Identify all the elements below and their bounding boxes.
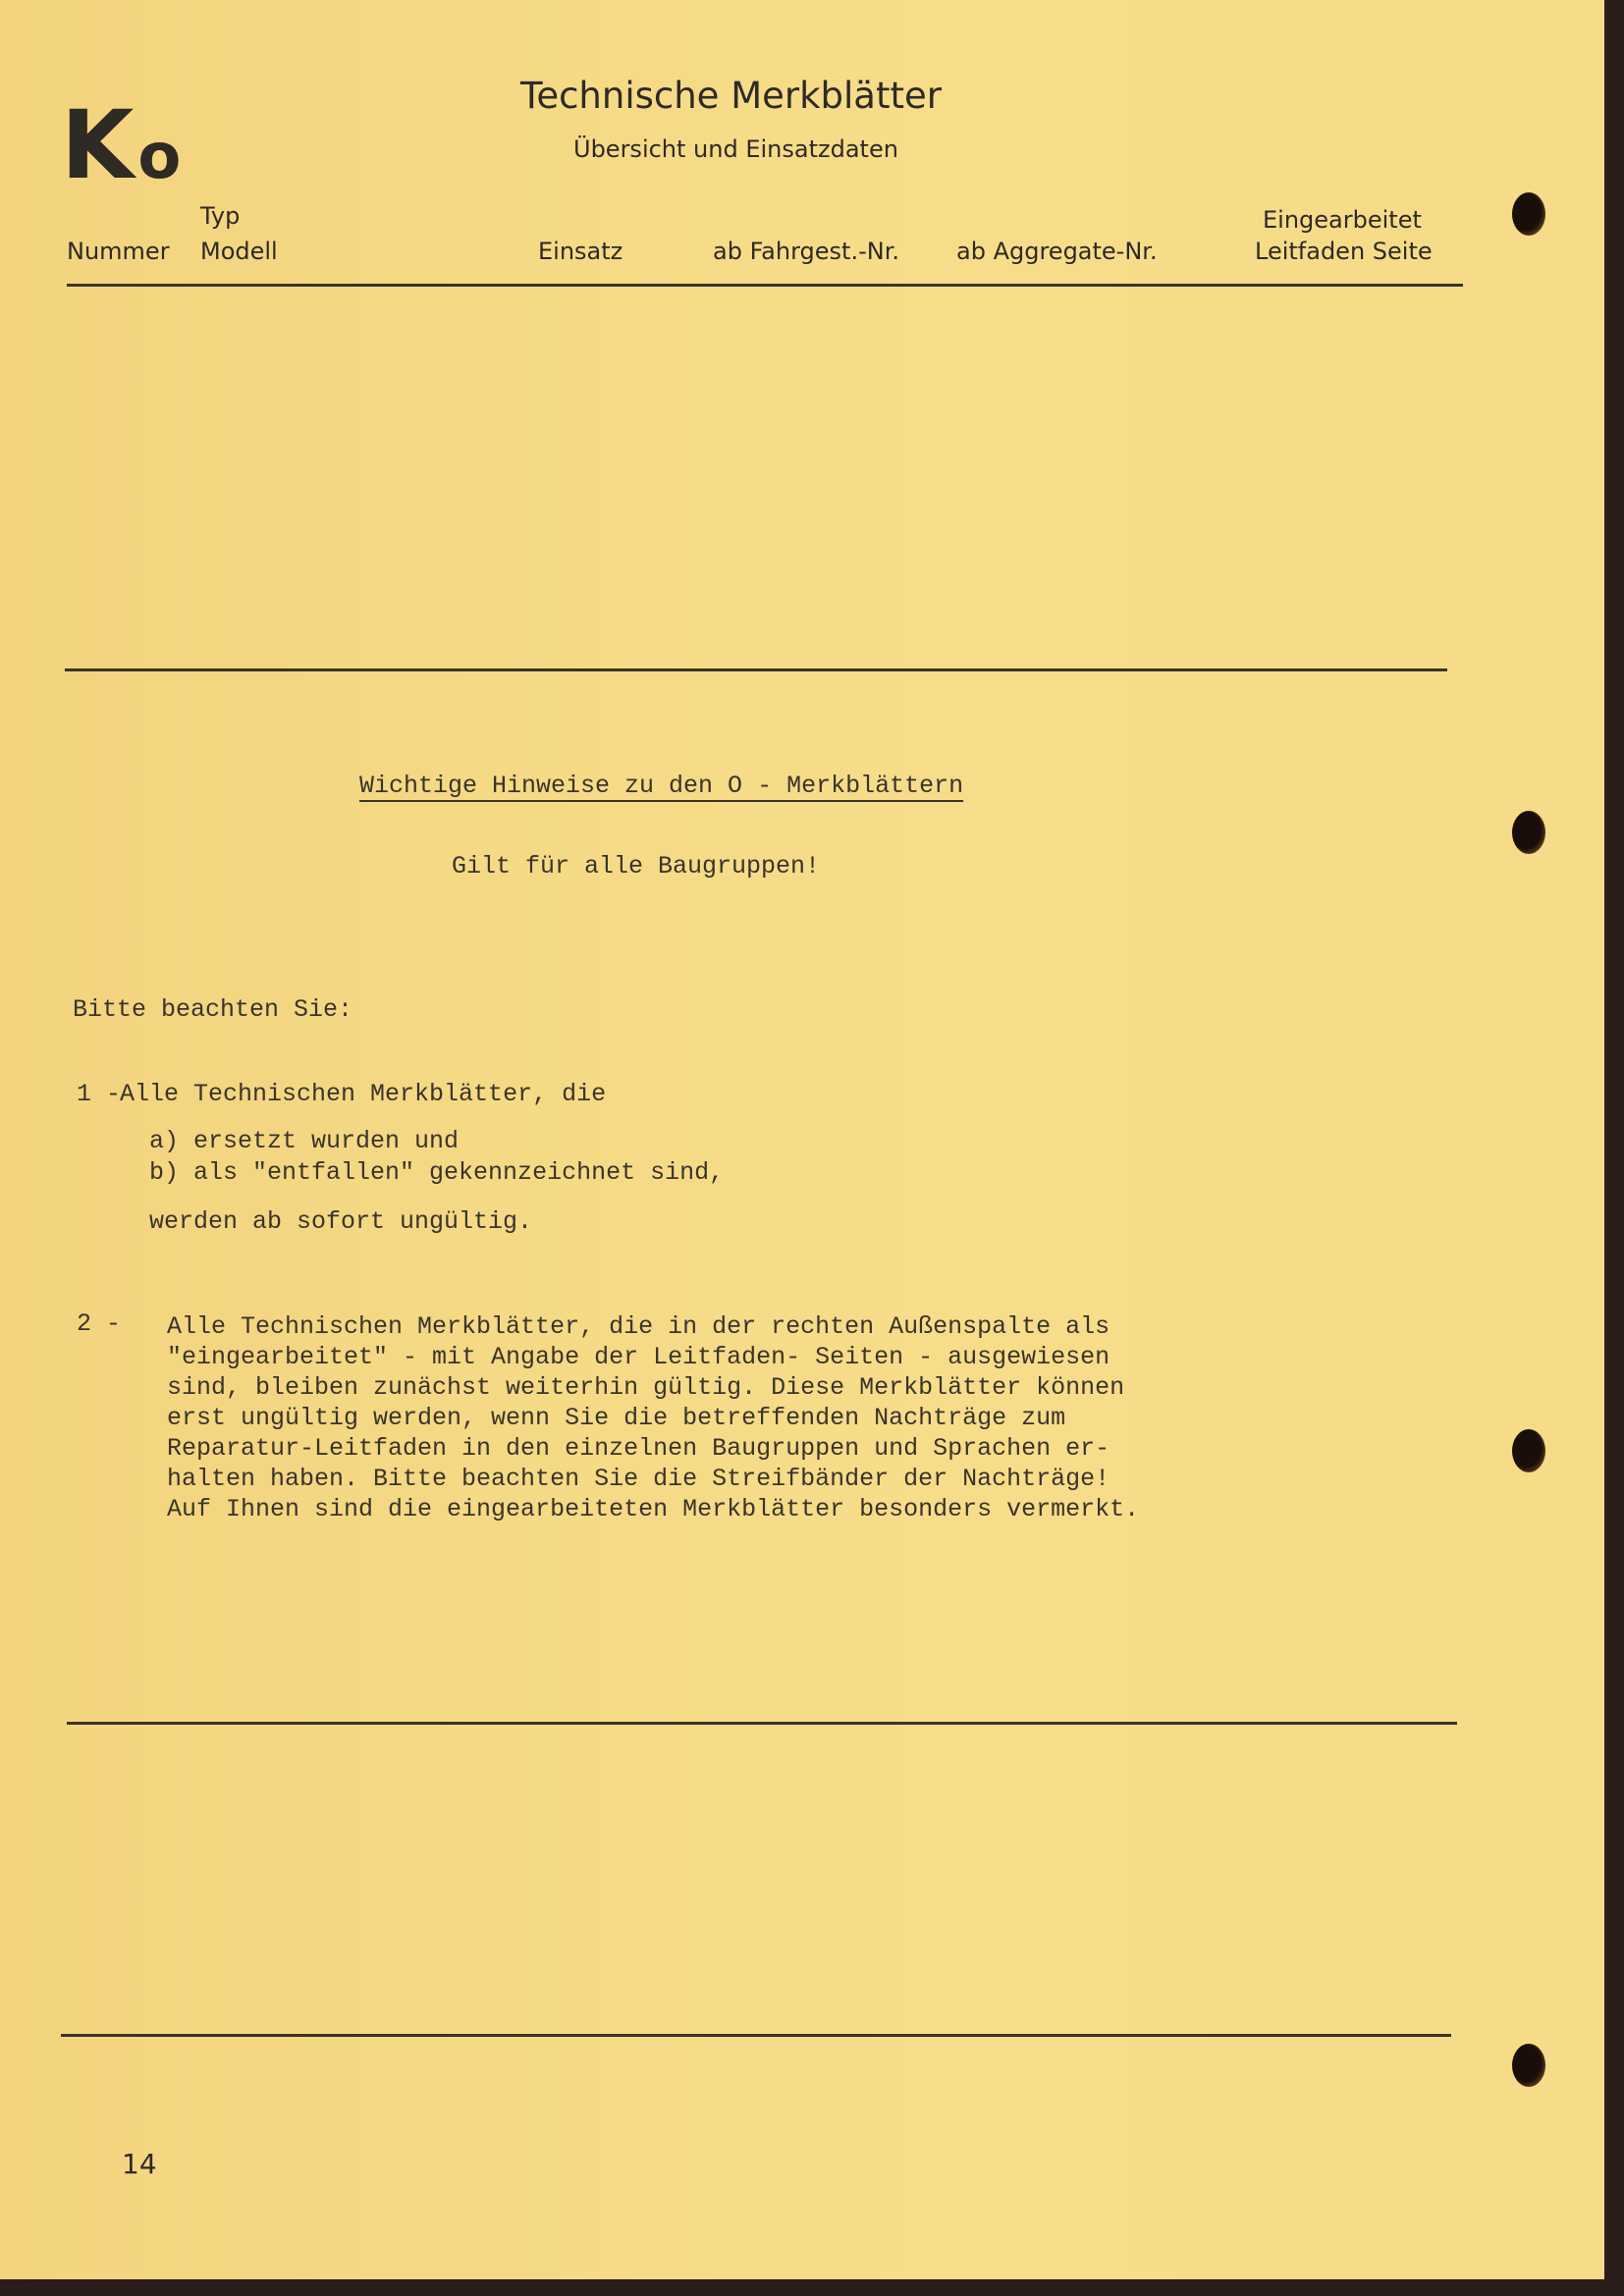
- item1-conclusion: werden ab sofort ungültig.: [149, 1209, 532, 1234]
- notice-heading: Wichtige Hinweise zu den O - Merkblätter…: [359, 772, 963, 800]
- notice-intro: Bitte beachten Sie:: [73, 997, 352, 1022]
- col-eingearbeitet: Eingearbeitet: [1263, 206, 1422, 234]
- punch-hole-icon: [1512, 192, 1545, 236]
- section-code-sub: o: [137, 121, 179, 193]
- col-einsatz: Einsatz: [538, 238, 623, 265]
- item2-line: Reparatur-Leitfaden in den einzelnen Bau…: [167, 1433, 1139, 1464]
- item1-a: a) ersetzt wurden und: [149, 1129, 459, 1153]
- item2-line: "eingearbeitet" - mit Angabe der Leitfad…: [167, 1342, 1139, 1372]
- section-divider-top: [65, 668, 1447, 671]
- section-divider-bottom: [67, 1722, 1457, 1725]
- item2-line: Alle Technischen Merkblätter, die in der…: [167, 1311, 1139, 1342]
- punch-hole-icon: [1512, 1429, 1545, 1472]
- notice-subheading: Gilt für alle Baugruppen!: [452, 852, 820, 881]
- page-title: Technische Merkblätter: [520, 75, 942, 117]
- item2-line: sind, bleiben zunächst weiterhin gültig.…: [167, 1372, 1139, 1403]
- document-page: Ko Technische Merkblätter Übersicht und …: [0, 0, 1604, 2279]
- col-modell: Modell: [200, 238, 278, 265]
- item1-text: Alle Technischen Merkblätter, die: [120, 1082, 606, 1106]
- page-number: 14: [122, 2148, 157, 2180]
- col-leitfaden: Leitfaden Seite: [1255, 238, 1433, 265]
- header-divider: [67, 284, 1463, 287]
- item2-line: erst ungültig werden, wenn Sie die betre…: [167, 1403, 1139, 1433]
- page-subtitle: Übersicht und Einsatzdaten: [573, 135, 898, 163]
- item1-b: b) als "entfallen" gekennzeichnet sind,: [149, 1160, 724, 1185]
- col-aggregate: ab Aggregate-Nr.: [956, 238, 1158, 265]
- item2-line: Auf Ihnen sind die eingearbeiteten Merkb…: [167, 1494, 1139, 1524]
- col-typ: Typ: [200, 202, 240, 230]
- item1-number: 1 -: [77, 1082, 121, 1106]
- section-code: Ko: [61, 98, 179, 192]
- col-fahrgest: ab Fahrgest.-Nr.: [713, 238, 899, 265]
- item2-number: 2 -: [77, 1311, 121, 1336]
- col-nummer: Nummer: [67, 238, 170, 265]
- item2-text: Alle Technischen Merkblätter, die in der…: [167, 1311, 1139, 1524]
- punch-hole-icon: [1512, 811, 1545, 854]
- punch-hole-icon: [1512, 2044, 1545, 2087]
- footer-divider: [61, 2034, 1451, 2037]
- item2-line: halten haben. Bitte beachten Sie die Str…: [167, 1464, 1139, 1494]
- section-code-letter: K: [61, 90, 132, 200]
